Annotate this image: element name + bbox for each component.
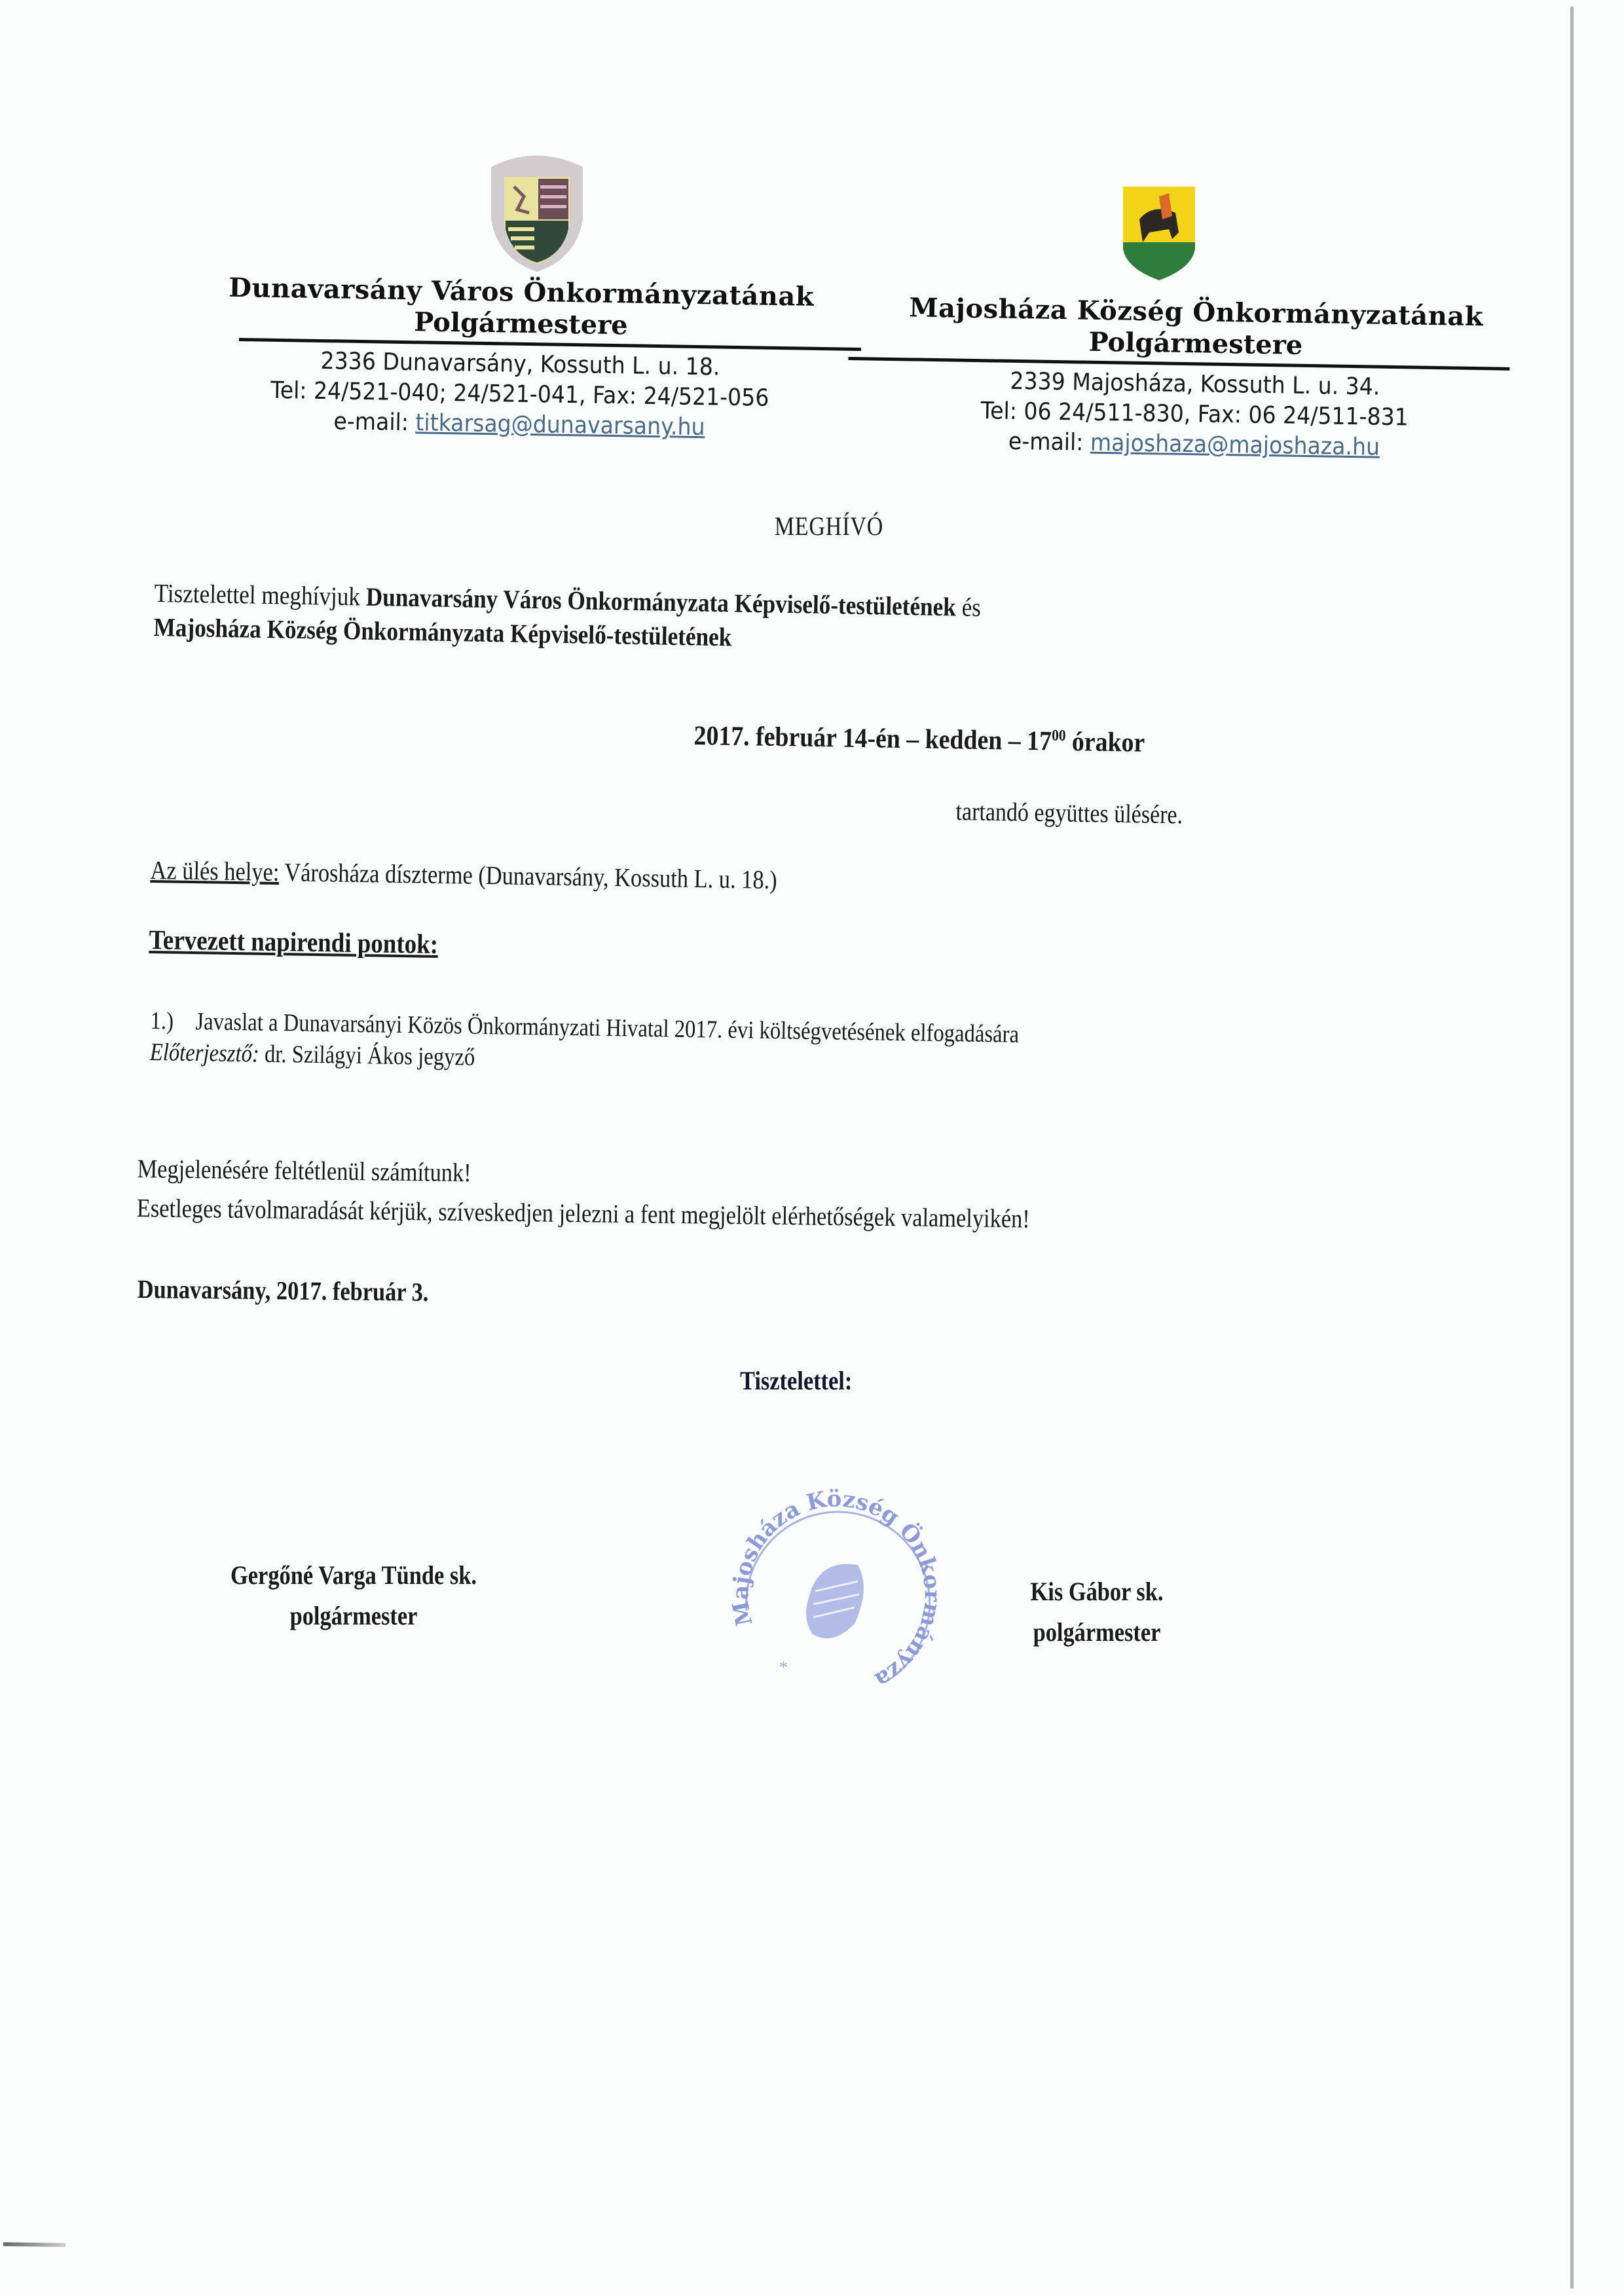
email-link[interactable]: majoshaza@majoshaza.hu: [1090, 430, 1380, 461]
scan-edge-line: [1570, 7, 1574, 2288]
venue-line: Az ülés helye: Városháza díszterme (Duna…: [150, 854, 777, 895]
meeting-time-suffix: órakor: [1065, 727, 1145, 758]
svg-text:*: *: [779, 1658, 788, 1677]
signature-block-right: Kis Gábor sk. polgármester: [1004, 1571, 1190, 1653]
regards: Tisztelettel:: [740, 1365, 852, 1396]
signatory-name: Gergőné Varga Tünde sk.: [230, 1555, 477, 1596]
meeting-datetime: 2017. február 14-én – kedden – 1700 órak…: [693, 720, 1145, 759]
official-stamp-icon: Majosháza Község Önkormányzat *: [714, 1473, 963, 1716]
signature-block-left: Gergőné Varga Tünde sk. polgármester: [230, 1555, 477, 1636]
email-link[interactable]: titkarsag@dunavarsany.hu: [415, 409, 705, 441]
signatory-name: Kis Gábor sk.: [1004, 1571, 1190, 1612]
agenda-item-number: 1.): [150, 1005, 196, 1037]
email-label: e-mail:: [1008, 428, 1091, 456]
email-label: e-mail:: [333, 408, 416, 436]
header-majoshaza: Majosháza Község Önkormányzatának Polgár…: [847, 170, 1545, 466]
scan-artifact: [3, 2242, 65, 2247]
presenter-label: Előterjesztő:: [150, 1038, 260, 1068]
closing-paragraph: Megjelenésére feltétlenül számítunk! Ese…: [137, 1149, 1031, 1239]
place-and-date: Dunavarsány, 2017. február 3.: [138, 1274, 429, 1308]
agenda-heading: Tervezett napirendi pontok:: [149, 925, 438, 961]
document-title: MEGHÍVÓ: [775, 511, 883, 542]
agenda-item: 1.)Javaslat a Dunavarsányi Közös Önkormá…: [149, 1005, 1019, 1082]
header-dunavarsany: Dunavarsány Város Önkormányzatának Polgá…: [192, 131, 851, 445]
meeting-type: tartandó együttes ülésére.: [955, 796, 1183, 830]
meeting-time-minutes: 00: [1052, 727, 1066, 744]
presenter-name: dr. Szilágyi Ákos jegyző: [259, 1040, 475, 1071]
intro-paragraph: Tisztelettel meghívjuk Dunavarsány Város…: [153, 576, 981, 659]
meeting-date: 2017. február 14-én – kedden – 17: [693, 721, 1052, 757]
intro-conjunction: és: [955, 592, 981, 622]
venue-value: Városháza díszterme (Dunavarsány, Kossut…: [279, 857, 777, 894]
signatory-title: polgármester: [230, 1596, 477, 1636]
signatory-title: polgármester: [1004, 1612, 1190, 1653]
intro-prefix: Tisztelettel meghívjuk: [154, 578, 366, 612]
venue-label: Az ülés helye:: [150, 855, 279, 887]
